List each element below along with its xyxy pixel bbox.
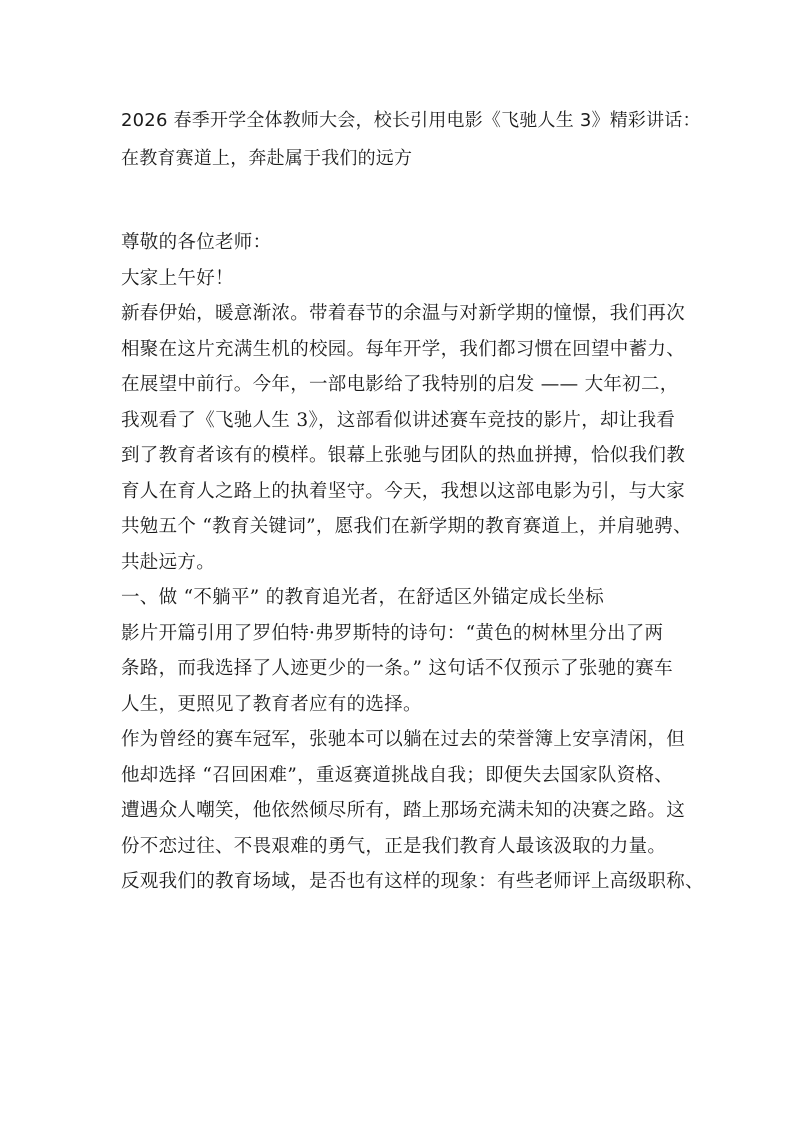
intro-line: 在展望中前行。今年，一部电影给了我特别的启发 —— 大年初二， xyxy=(121,367,681,403)
paragraph-line: 份不恋过往、不畏艰难的勇气，正是我们教育人最该汲取的力量。 xyxy=(121,829,681,865)
paragraph-line: 作为曾经的赛车冠军，张驰本可以躺在过去的荣誉簿上安享清闲，但 xyxy=(121,722,681,758)
salutation: 尊敬的各位老师： xyxy=(121,225,681,261)
intro-line: 共勉五个 “教育关键词”，愿我们在新学期的教育赛道上，并肩驰骋、 xyxy=(121,509,681,545)
document-body: 2026 春季开学全体教师大会，校长引用电影《飞驰人生 3》精彩讲话： 在教育赛… xyxy=(121,102,681,900)
intro-line: 到了教育者该有的模样。银幕上张驰与团队的热血拼搏，恰似我们教 xyxy=(121,438,681,474)
intro-line: 育人在育人之路上的执着坚守。今天，我想以这部电影为引，与大家 xyxy=(121,474,681,510)
greeting: 大家上午好！ xyxy=(121,261,681,297)
document-page: 2026 春季开学全体教师大会，校长引用电影《飞驰人生 3》精彩讲话： 在教育赛… xyxy=(0,0,793,1122)
document-title-line-1: 2026 春季开学全体教师大会，校长引用电影《飞驰人生 3》精彩讲话： xyxy=(121,102,681,140)
paragraph-line: 他却选择 “召回困难”，重返赛道挑战自我；即便失去国家队资格、 xyxy=(121,758,681,794)
intro-paragraph: 新春伊始，暖意渐浓。带着春节的余温与对新学期的憧憬，我们再次 相聚在这片充满生机… xyxy=(121,296,681,580)
paragraph-line: 影片开篇引用了罗伯特·弗罗斯特的诗句：“黄色的树林里分出了两 xyxy=(121,616,681,652)
paragraph-line: 反观我们的教育场域，是否也有这样的现象：有些老师评上高级职称、 xyxy=(121,864,681,900)
intro-line: 我观看了《飞驰人生 3》，这部看似讲述赛车竞技的影片，却让我看 xyxy=(121,403,681,439)
title-spacer xyxy=(121,178,681,225)
intro-line: 共赴远方。 xyxy=(121,545,681,581)
paragraph-line: 遭遇众人嘲笑，他依然倾尽所有，踏上那场充满未知的决赛之路。这 xyxy=(121,793,681,829)
section-1-paragraph-1: 影片开篇引用了罗伯特·弗罗斯特的诗句：“黄色的树林里分出了两 条路，而我选择了人… xyxy=(121,616,681,723)
section-1-paragraph-3: 反观我们的教育场域，是否也有这样的现象：有些老师评上高级职称、 xyxy=(121,864,681,900)
intro-line: 新春伊始，暖意渐浓。带着春节的余温与对新学期的憧憬，我们再次 xyxy=(121,296,681,332)
intro-line: 相聚在这片充满生机的校园。每年开学，我们都习惯在回望中蓄力、 xyxy=(121,332,681,368)
paragraph-line: 人生，更照见了教育者应有的选择。 xyxy=(121,687,681,723)
paragraph-line: 条路，而我选择了人迹更少的一条。” 这句话不仅预示了张驰的赛车 xyxy=(121,651,681,687)
document-title-line-2: 在教育赛道上，奔赴属于我们的远方 xyxy=(121,140,681,178)
section-1-heading: 一、做 “不躺平” 的教育追光者，在舒适区外锚定成长坐标 xyxy=(121,580,681,616)
section-1-paragraph-2: 作为曾经的赛车冠军，张驰本可以躺在过去的荣誉簿上安享清闲，但 他却选择 “召回困… xyxy=(121,722,681,864)
